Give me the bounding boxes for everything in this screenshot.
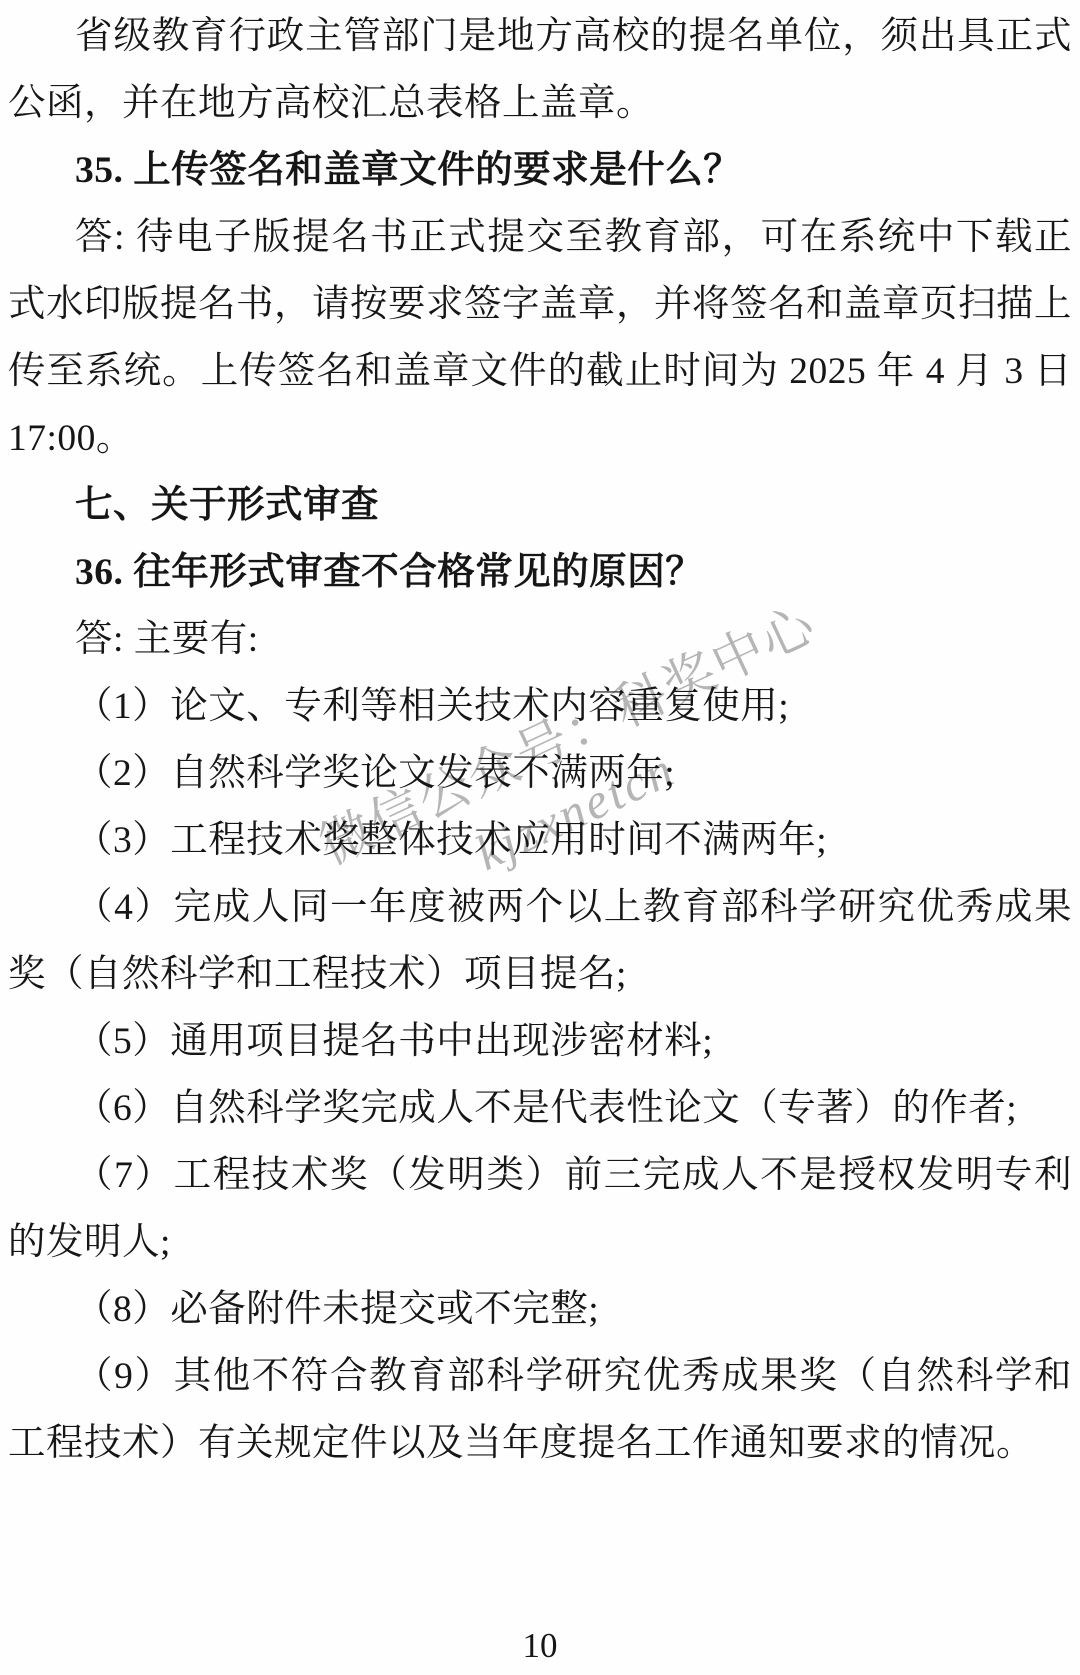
text-line: 省级教育行政主管部门是地方高校的提名单位，须出具正式 xyxy=(8,3,1072,70)
text-line: 答: 待电子版提名书正式提交至教育部，可在系统中下载正 xyxy=(8,204,1072,271)
page-number: 10 xyxy=(0,1626,1080,1666)
text-line: 的发明人; xyxy=(8,1209,1072,1276)
text-line: 17:00。 xyxy=(8,405,1072,472)
text-line: 答: 主要有: xyxy=(8,606,1072,673)
text-line: 传至系统。上传签名和盖章文件的截止时间为 2025 年 4 月 3 日 xyxy=(8,338,1072,405)
list-item-3: （3）工程技术奖整体技术应用时间不满两年; xyxy=(8,807,1072,874)
document-page: 微信公众号：科奖中心 kjzxnetcn 省级教育行政主管部门是地方高校的提名单… xyxy=(0,0,1080,1675)
text-line: 工程技术）有关规定件以及当年度提名工作通知要求的情况。 xyxy=(8,1410,1072,1477)
question-35-heading: 35. 上传签名和盖章文件的要求是什么？ xyxy=(8,137,1072,204)
text-line: 公函，并在地方高校汇总表格上盖章。 xyxy=(8,70,1072,137)
section-7-heading: 七、关于形式审查 xyxy=(8,472,1072,539)
page-text: 省级教育行政主管部门是地方高校的提名单位，须出具正式 公函，并在地方高校汇总表格… xyxy=(8,3,1072,1477)
question-36-heading: 36. 往年形式审查不合格常见的原因？ xyxy=(8,539,1072,606)
list-item-1: （1）论文、专利等相关技术内容重复使用; xyxy=(8,673,1072,740)
list-item-6: （6）自然科学奖完成人不是代表性论文（专著）的作者; xyxy=(8,1075,1072,1142)
list-item-2: （2）自然科学奖论文发表不满两年; xyxy=(8,740,1072,807)
list-item-8: （8）必备附件未提交或不完整; xyxy=(8,1276,1072,1343)
list-item-9: （9）其他不符合教育部科学研究优秀成果奖（自然科学和 xyxy=(8,1343,1072,1410)
list-item-7: （7）工程技术奖（发明类）前三完成人不是授权发明专利 xyxy=(8,1142,1072,1209)
text-line: 式水印版提名书，请按要求签字盖章，并将签名和盖章页扫描上 xyxy=(8,271,1072,338)
text-line: 奖（自然科学和工程技术）项目提名; xyxy=(8,941,1072,1008)
list-item-4: （4）完成人同一年度被两个以上教育部科学研究优秀成果 xyxy=(8,874,1072,941)
list-item-5: （5）通用项目提名书中出现涉密材料; xyxy=(8,1008,1072,1075)
